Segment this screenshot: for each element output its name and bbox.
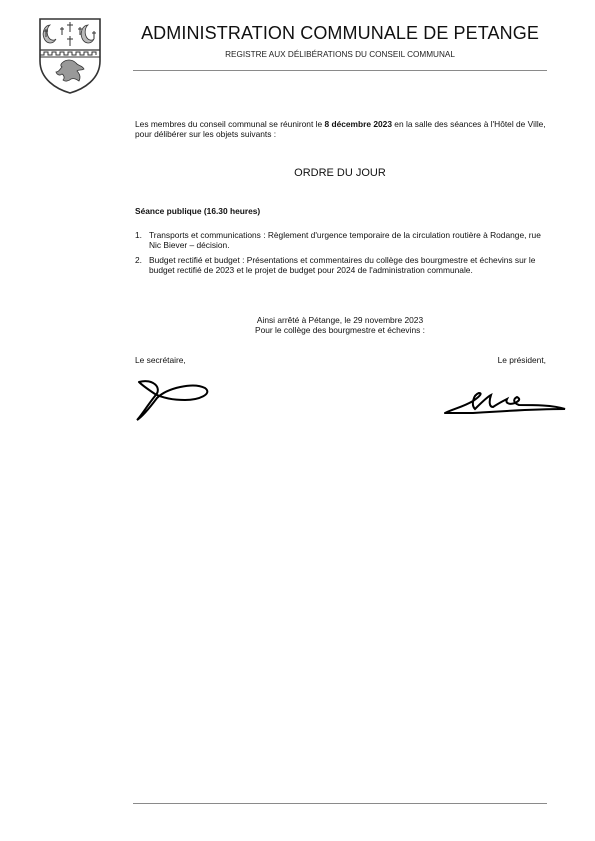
coat-of-arms-icon xyxy=(38,17,102,95)
agenda-title: ORDRE DU JOUR xyxy=(133,167,547,179)
secretary-label: Le secrétaire, xyxy=(135,355,186,365)
page-title: ADMINISTRATION COMMUNALE DE PETANGE xyxy=(133,23,547,44)
page-subtitle: REGISTRE AUX DÉLIBÉRATIONS DU CONSEIL CO… xyxy=(133,50,547,59)
closing-statement: Ainsi arrêté à Pétange, le 29 novembre 2… xyxy=(133,315,547,335)
intro-paragraph: Les membres du conseil communal se réuni… xyxy=(135,119,550,139)
president-label: Le président, xyxy=(498,355,546,365)
agenda-item-text: Budget rectifié et budget : Présentation… xyxy=(149,255,550,275)
closing-line-1: Ainsi arrêté à Pétange, le 29 novembre 2… xyxy=(133,315,547,325)
agenda-list: 1. Transports et communications : Règlem… xyxy=(135,230,550,280)
agenda-item: 1. Transports et communications : Règlem… xyxy=(135,230,550,250)
footer-divider xyxy=(133,803,547,804)
agenda-item-number: 2. xyxy=(135,255,149,275)
meeting-date: 8 décembre 2023 xyxy=(324,119,392,129)
session-heading: Séance publique (16.30 heures) xyxy=(135,206,260,216)
closing-line-2: Pour le collège des bourgmestre et échev… xyxy=(133,325,547,335)
agenda-item: 2. Budget rectifié et budget : Présentat… xyxy=(135,255,550,275)
agenda-item-number: 1. xyxy=(135,230,149,250)
intro-text-before: Les membres du conseil communal se réuni… xyxy=(135,119,324,129)
agenda-item-text: Transports et communications : Règlement… xyxy=(149,230,550,250)
president-signature xyxy=(443,387,569,417)
header-divider xyxy=(133,70,547,71)
secretary-signature xyxy=(133,376,213,422)
